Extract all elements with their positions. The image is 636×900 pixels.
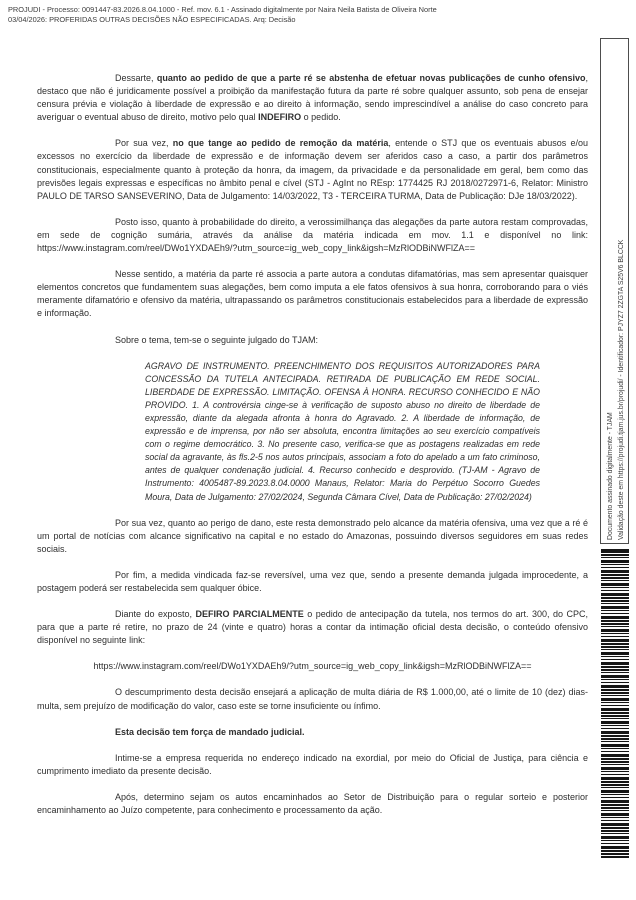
- paragraph-probabilidade: Posto isso, quanto à probabilidade do di…: [37, 216, 588, 255]
- paragraph-perigo-dano: Por sua vez, quanto ao perigo de dano, e…: [37, 517, 588, 556]
- text-run: https://www.instagram.com/reel/DWo1YXDAE…: [93, 661, 531, 671]
- text-run: Por fim, a medida vindicada faz-se rever…: [37, 570, 588, 593]
- paragraph-intimacao: Intime-se a empresa requerida no endereç…: [37, 752, 588, 778]
- paragraph-remocao: Por sua vez, no que tange ao pedido de r…: [37, 137, 588, 202]
- paragraph-encaminhamento: Após, determino sejam os autos encaminha…: [37, 791, 588, 817]
- text-run: Diante do exposto,: [115, 609, 195, 619]
- barcode: [601, 549, 629, 858]
- text-run: Intime-se a empresa requerida no endereç…: [37, 753, 588, 776]
- paragraph-mandado: Esta decisão tem força de mandado judici…: [37, 726, 588, 739]
- text-run: Nesse sentido, a matéria da parte ré ass…: [37, 269, 588, 318]
- text-run: no que tange ao pedido de remoção da mat…: [173, 138, 389, 148]
- signature-line-1: Documento assinado digitalmente - TJAM: [606, 42, 617, 540]
- text-run: quanto ao pedido de que a parte ré se ab…: [157, 73, 586, 83]
- paragraph-multa: O descumprimento desta decisão ensejará …: [37, 686, 588, 712]
- document-page: PROJUDI - Processo: 0091447-83.2026.8.04…: [0, 0, 636, 900]
- text-run: O descumprimento desta decisão ensejará …: [37, 687, 588, 710]
- signature-line-2: Validação deste em https://projudi.tjam.…: [617, 42, 628, 540]
- quote-julgado-tjam: AGRAVO DE INSTRUMENTO. PREENCHIMENTO DOS…: [145, 360, 540, 504]
- text-run: Posto isso, quanto à probabilidade do di…: [37, 217, 588, 253]
- projudi-header: PROJUDI - Processo: 0091447-83.2026.8.04…: [8, 5, 437, 25]
- header-line-2: 03/04/2026: PROFERIDAS OUTRAS DECISÕES N…: [8, 15, 437, 25]
- text-run: Sobre o tema, tem-se o seguinte julgado …: [115, 335, 318, 345]
- paragraph-reversibilidade: Por fim, a medida vindicada faz-se rever…: [37, 569, 588, 595]
- text-run: Esta decisão tem força de mandado judici…: [115, 727, 305, 737]
- link-instagram: https://www.instagram.com/reel/DWo1YXDAE…: [37, 660, 588, 673]
- text-run: Dessarte,: [115, 73, 157, 83]
- text-run: INDEFIRO: [258, 112, 301, 122]
- text-run: AGRAVO DE INSTRUMENTO. PREENCHIMENTO DOS…: [145, 361, 540, 502]
- text-run: Por sua vez, quanto ao perigo de dano, e…: [37, 518, 588, 554]
- paragraph-nesse-sentido: Nesse sentido, a matéria da parte ré ass…: [37, 268, 588, 320]
- text-run: o pedido.: [301, 112, 341, 122]
- paragraph-abstencao: Dessarte, quanto ao pedido de que a part…: [37, 72, 588, 124]
- document-body: Dessarte, quanto ao pedido de que a part…: [37, 72, 588, 830]
- text-run: Por sua vez,: [115, 138, 173, 148]
- paragraph-julgado-intro: Sobre o tema, tem-se o seguinte julgado …: [37, 334, 588, 347]
- header-line-1: PROJUDI - Processo: 0091447-83.2026.8.04…: [8, 5, 437, 15]
- signature-text: Documento assinado digitalmente - TJAM V…: [606, 42, 630, 540]
- text-run: DEFIRO PARCIALMENTE: [195, 609, 303, 619]
- text-run: Após, determino sejam os autos encaminha…: [37, 792, 588, 815]
- paragraph-defiro: Diante do exposto, DEFIRO PARCIALMENTE o…: [37, 608, 588, 647]
